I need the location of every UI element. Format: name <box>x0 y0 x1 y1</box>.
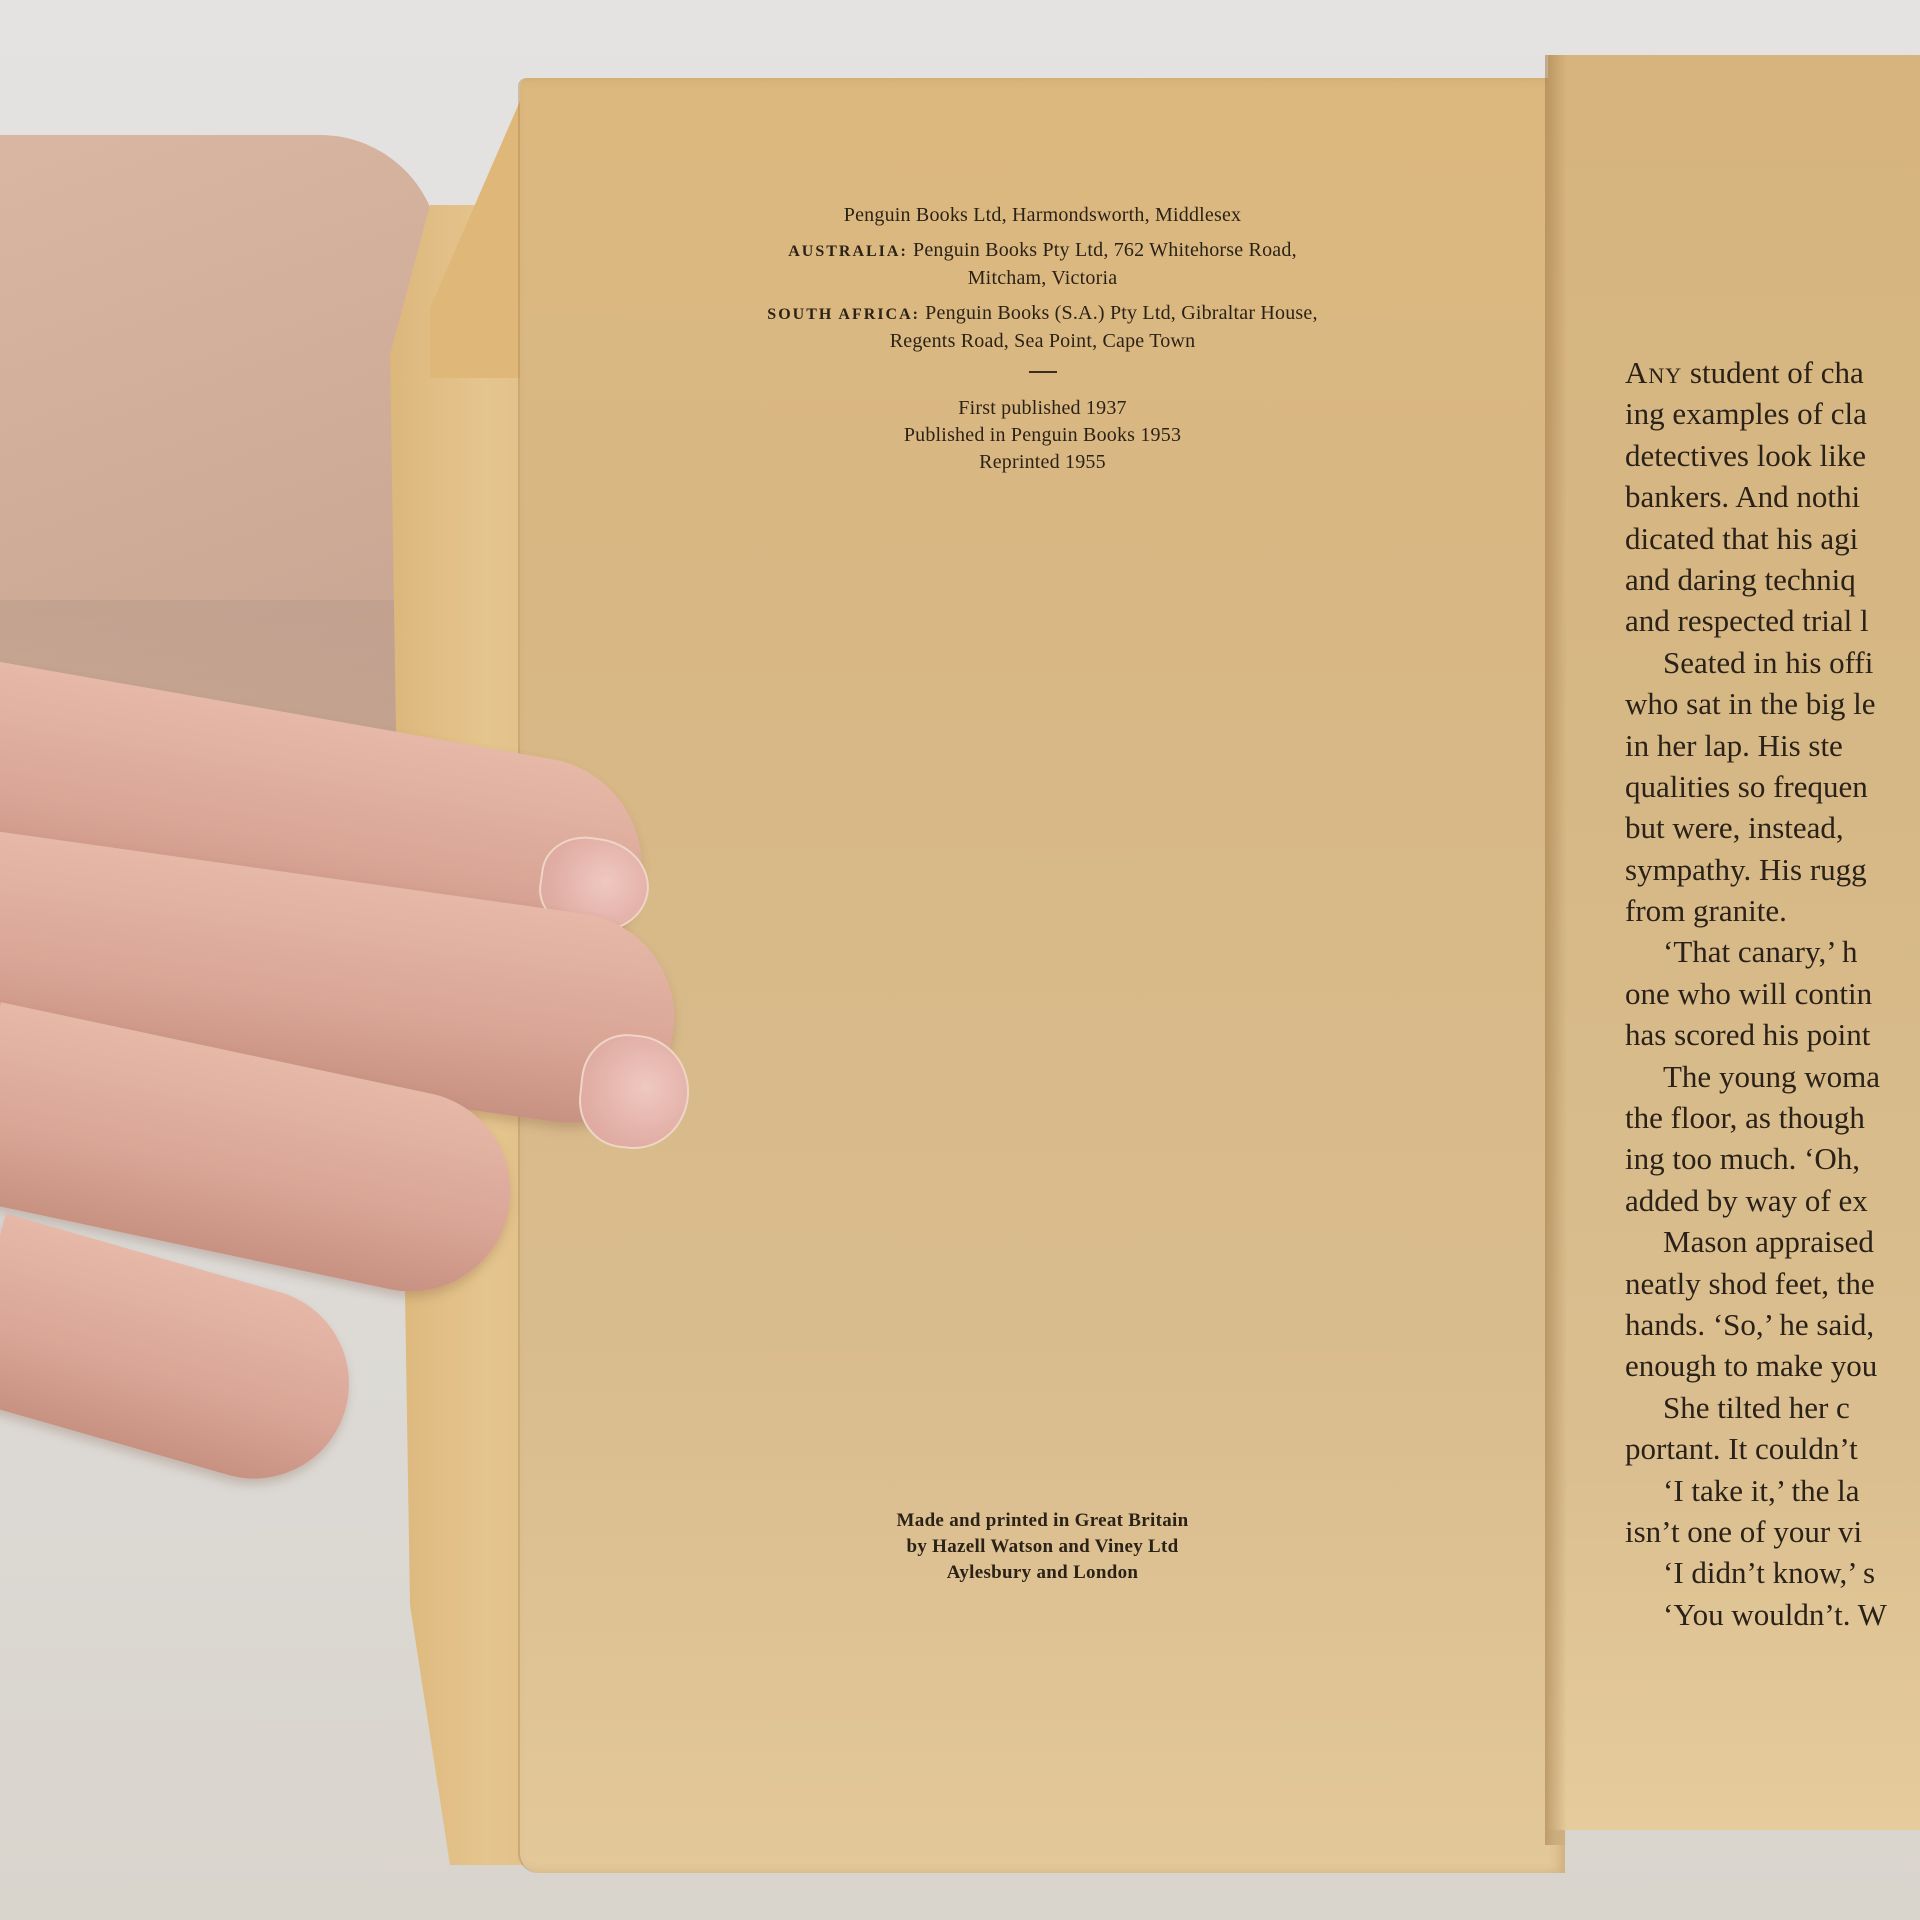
text-line: but were, instead, <box>1625 807 1920 848</box>
text-line: Seated in his offi <box>1625 642 1920 683</box>
text-line: ing too much. ‘Oh, <box>1625 1138 1920 1179</box>
australia-line-2: Mitcham, Victoria <box>968 267 1118 289</box>
text-line: portant. It couldn’t <box>1625 1428 1920 1469</box>
text-line: in her lap. His ste <box>1625 725 1920 766</box>
copyright-page: Penguin Books Ltd, Harmondsworth, Middle… <box>520 78 1565 1873</box>
reprinted: Reprinted 1955 <box>520 449 1565 476</box>
south-africa-address: SOUTH AFRICA: Penguin Books (S.A.) Pty L… <box>520 300 1565 355</box>
penguin-published: Published in Penguin Books 1953 <box>520 422 1565 449</box>
text-line: one who will contin <box>1625 973 1920 1014</box>
book-gutter <box>1545 55 1567 1845</box>
text-line: dicated that his agi <box>1625 518 1920 559</box>
text-line: and daring techniq <box>1625 559 1920 600</box>
text-line: Mason appraised <box>1625 1221 1920 1262</box>
arm-shadow <box>0 600 420 850</box>
printer-credit: Made and printed in Great Britain by Haz… <box>520 1508 1565 1586</box>
text-line: from granite. <box>1625 890 1920 931</box>
text-line: detectives look like <box>1625 435 1920 476</box>
text-line: Any student of cha <box>1625 352 1920 393</box>
text-line: enough to make you <box>1625 1345 1920 1386</box>
south-africa-line-2: Regents Road, Sea Point, Cape Town <box>890 330 1196 352</box>
drop-small-caps: Any <box>1625 355 1682 390</box>
publisher-line: Penguin Books Ltd, Harmondsworth, Middle… <box>520 202 1565 229</box>
text-line: ‘I take it,’ the la <box>1625 1470 1920 1511</box>
text-line: has scored his point <box>1625 1014 1920 1055</box>
photo-scene: Penguin Books Ltd, Harmondsworth, Middle… <box>0 0 1920 1920</box>
printer-line-1: Made and printed in Great Britain <box>520 1508 1565 1534</box>
publisher-imprint: Penguin Books Ltd, Harmondsworth, Middle… <box>520 202 1565 476</box>
publication-dates: First published 1937 Published in Pengui… <box>520 395 1565 476</box>
printer-line-3: Aylesbury and London <box>520 1560 1565 1586</box>
text-line: and respected trial l <box>1625 600 1920 641</box>
text-line: hands. ‘So,’ he said, <box>1625 1304 1920 1345</box>
text-line: ‘That canary,’ h <box>1625 931 1920 972</box>
first-published: First published 1937 <box>520 395 1565 422</box>
chapter-body-text: Any student of cha ing examples of cla d… <box>1625 352 1920 1635</box>
australia-label: AUSTRALIA: <box>788 243 908 260</box>
text-page: Any student of cha ing examples of cla d… <box>1548 55 1920 1830</box>
text-line: neatly shod feet, the <box>1625 1263 1920 1304</box>
text-line: who sat in the big le <box>1625 683 1920 724</box>
text-line: ‘I didn’t know,’ s <box>1625 1552 1920 1593</box>
south-africa-label: SOUTH AFRICA: <box>767 306 920 323</box>
australia-address: AUSTRALIA: Penguin Books Pty Ltd, 762 Wh… <box>520 237 1565 292</box>
text-line: sympathy. His rugg <box>1625 849 1920 890</box>
text-line: The young woma <box>1625 1056 1920 1097</box>
south-africa-line-1: Penguin Books (S.A.) Pty Ltd, Gibraltar … <box>920 302 1318 324</box>
text-line: ing examples of cla <box>1625 393 1920 434</box>
text-line: ‘You wouldn’t. W <box>1625 1594 1920 1635</box>
text-line: isn’t one of your vi <box>1625 1511 1920 1552</box>
australia-line-1: Penguin Books Pty Ltd, 762 Whitehorse Ro… <box>908 239 1297 261</box>
text-line: added by way of ex <box>1625 1180 1920 1221</box>
divider-rule <box>1029 371 1057 373</box>
text-line: She tilted her c <box>1625 1387 1920 1428</box>
text-line: qualities so frequen <box>1625 766 1920 807</box>
text-line: bankers. And nothi <box>1625 476 1920 517</box>
text-line-content: student of cha <box>1682 355 1864 390</box>
text-line: the floor, as though <box>1625 1097 1920 1138</box>
printer-line-2: by Hazell Watson and Viney Ltd <box>520 1534 1565 1560</box>
little-finger <box>0 1214 371 1501</box>
